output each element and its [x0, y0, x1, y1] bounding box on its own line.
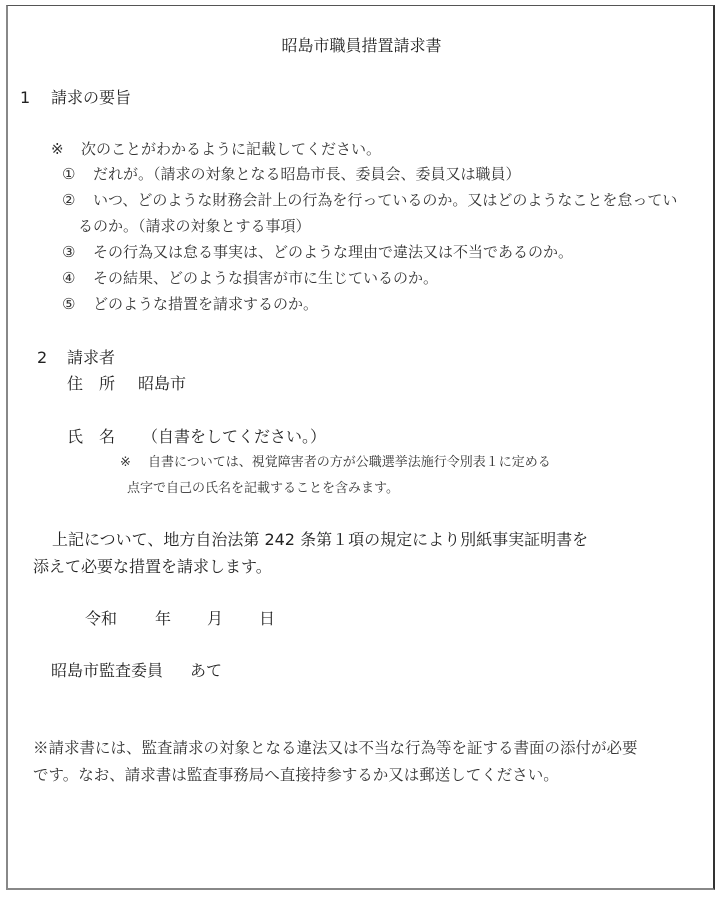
- item-1-mark: ①: [62, 167, 75, 182]
- footer-note-line2: です。なお、請求書は監査事務局へ直接持参するか又は郵送してください。: [33, 768, 559, 784]
- document-title: 昭島市職員措置請求書: [0, 38, 723, 54]
- name-field[interactable]: （自書をしてください。）: [142, 429, 326, 445]
- document-frame: [6, 5, 715, 890]
- address-label: 住 所: [67, 376, 115, 392]
- item-4-mark: ④: [62, 271, 75, 286]
- name-note-mark: ※: [120, 456, 131, 469]
- addressee-suffix: あて: [190, 663, 222, 679]
- item-2-text: いつ、どのような財務会計上の行為を行っているのか。又はどのようなことを怠ってい: [93, 193, 677, 208]
- item-3-mark: ③: [62, 245, 75, 260]
- name-label: 氏 名: [67, 429, 115, 445]
- item-5-text: どのような措置を請求するのか。: [93, 297, 318, 312]
- item-1-text: だれが。（請求の対象となる昭島市長、委員会、委員又は職員）: [93, 167, 521, 182]
- item-5-mark: ⑤: [62, 297, 75, 312]
- item-3-text: その行為又は怠る事実は、どのような理由で違法又は不当であるのか。: [93, 245, 573, 260]
- date-month[interactable]: 月: [207, 611, 223, 627]
- name-note-line1: 自書については、視覚障害者の方が公職選挙法施行令別表１に定める: [148, 456, 551, 469]
- addressee: 昭島市監査委員: [51, 663, 163, 679]
- item-4-text: その結果、どのような損害が市に生じているのか。: [93, 271, 438, 286]
- name-note-line2: 点字で自己の氏名を記載することを含みます。: [127, 482, 399, 495]
- date-day[interactable]: 日: [259, 611, 275, 627]
- item-2-continuation: るのか。（請求の対象とする事項）: [78, 219, 311, 234]
- section2-number: 2: [37, 350, 47, 366]
- section1-heading: 請求の要旨: [51, 90, 131, 106]
- footer-note-line1: ※請求書には、監査請求の対象となる違法又は不当な行為等を証する書面の添付が必要: [33, 741, 638, 757]
- section1-number: 1: [20, 90, 30, 106]
- item-2-mark: ②: [62, 193, 75, 208]
- section1-note: 次のことがわかるように記載してください。: [81, 142, 381, 157]
- date-year[interactable]: 年: [155, 611, 171, 627]
- statement-line1: 上記について、地方自治法第 242 条第１項の規定により別紙事実証明書を: [52, 532, 588, 548]
- statement-line2: 添えて必要な措置を請求します。: [33, 559, 272, 575]
- section2-heading: 請求者: [67, 350, 115, 366]
- date-era: 令和: [85, 611, 117, 627]
- address-value: 昭島市: [138, 376, 186, 392]
- section1-note-mark: ※: [51, 142, 64, 157]
